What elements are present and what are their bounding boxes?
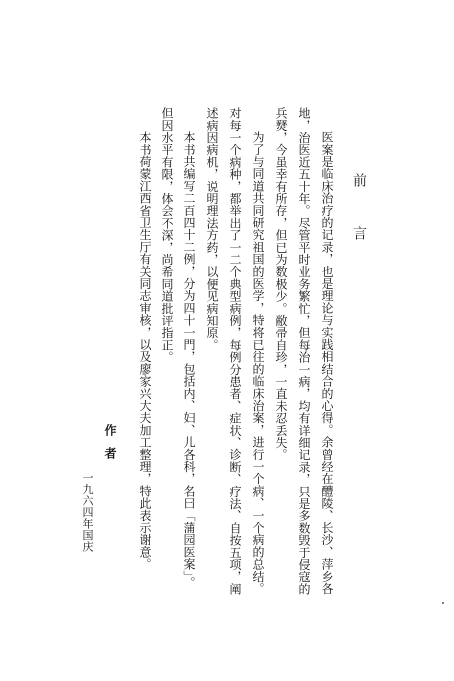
text-column: 地，治医近五十年。尽管平时业务繁忙，但每治一病，均有详细记录，只是多数毁于侵寇的 xyxy=(298,107,310,595)
page-title: 前言 xyxy=(352,173,366,279)
date-line: 一九六四年国庆 xyxy=(82,472,93,553)
text-column: 但因水平有限，体会不深，尚希同道批评指正。 xyxy=(161,107,173,363)
author-signature: 作者 xyxy=(104,424,116,470)
text-column: 对每一个病种，都举出了一二个典型病例，每例分患者、症状、诊断、疗法、自按五项，阐 xyxy=(229,107,241,595)
scan-speck xyxy=(442,602,444,604)
text-column: 本书共编写二百四十二例，分为四十一門，包括内、妇、儿各科，名曰「蒲园医案」。 xyxy=(183,131,195,589)
book-page: 前言 医案是临床治疗的记录，也是理论与实践相结合的心得。余曾经在醴陵、长沙、萍乡… xyxy=(0,0,454,681)
text-column: 医案是临床治疗的记录，也是理论与实践相结合的心得。余曾经在醴陵、长沙、萍乡各 xyxy=(321,131,333,595)
text-column: 为了与同道共同研究祖国的医学，特将已往的临床治案，进行一个病、一个病的总结。 xyxy=(252,131,264,595)
text-column: 述病因病机，说明理法方药，以便见病知原。 xyxy=(206,107,218,351)
text-column: 本书荷蒙江西省卫生厅有关同志审核，以及廖家兴大夫加工整理，特此表示谢意。 xyxy=(139,131,151,570)
text-column: 兵燹，今虽幸有所存，但已为数极少。敝帚自珍，一直未忍丢失。 xyxy=(275,107,287,461)
